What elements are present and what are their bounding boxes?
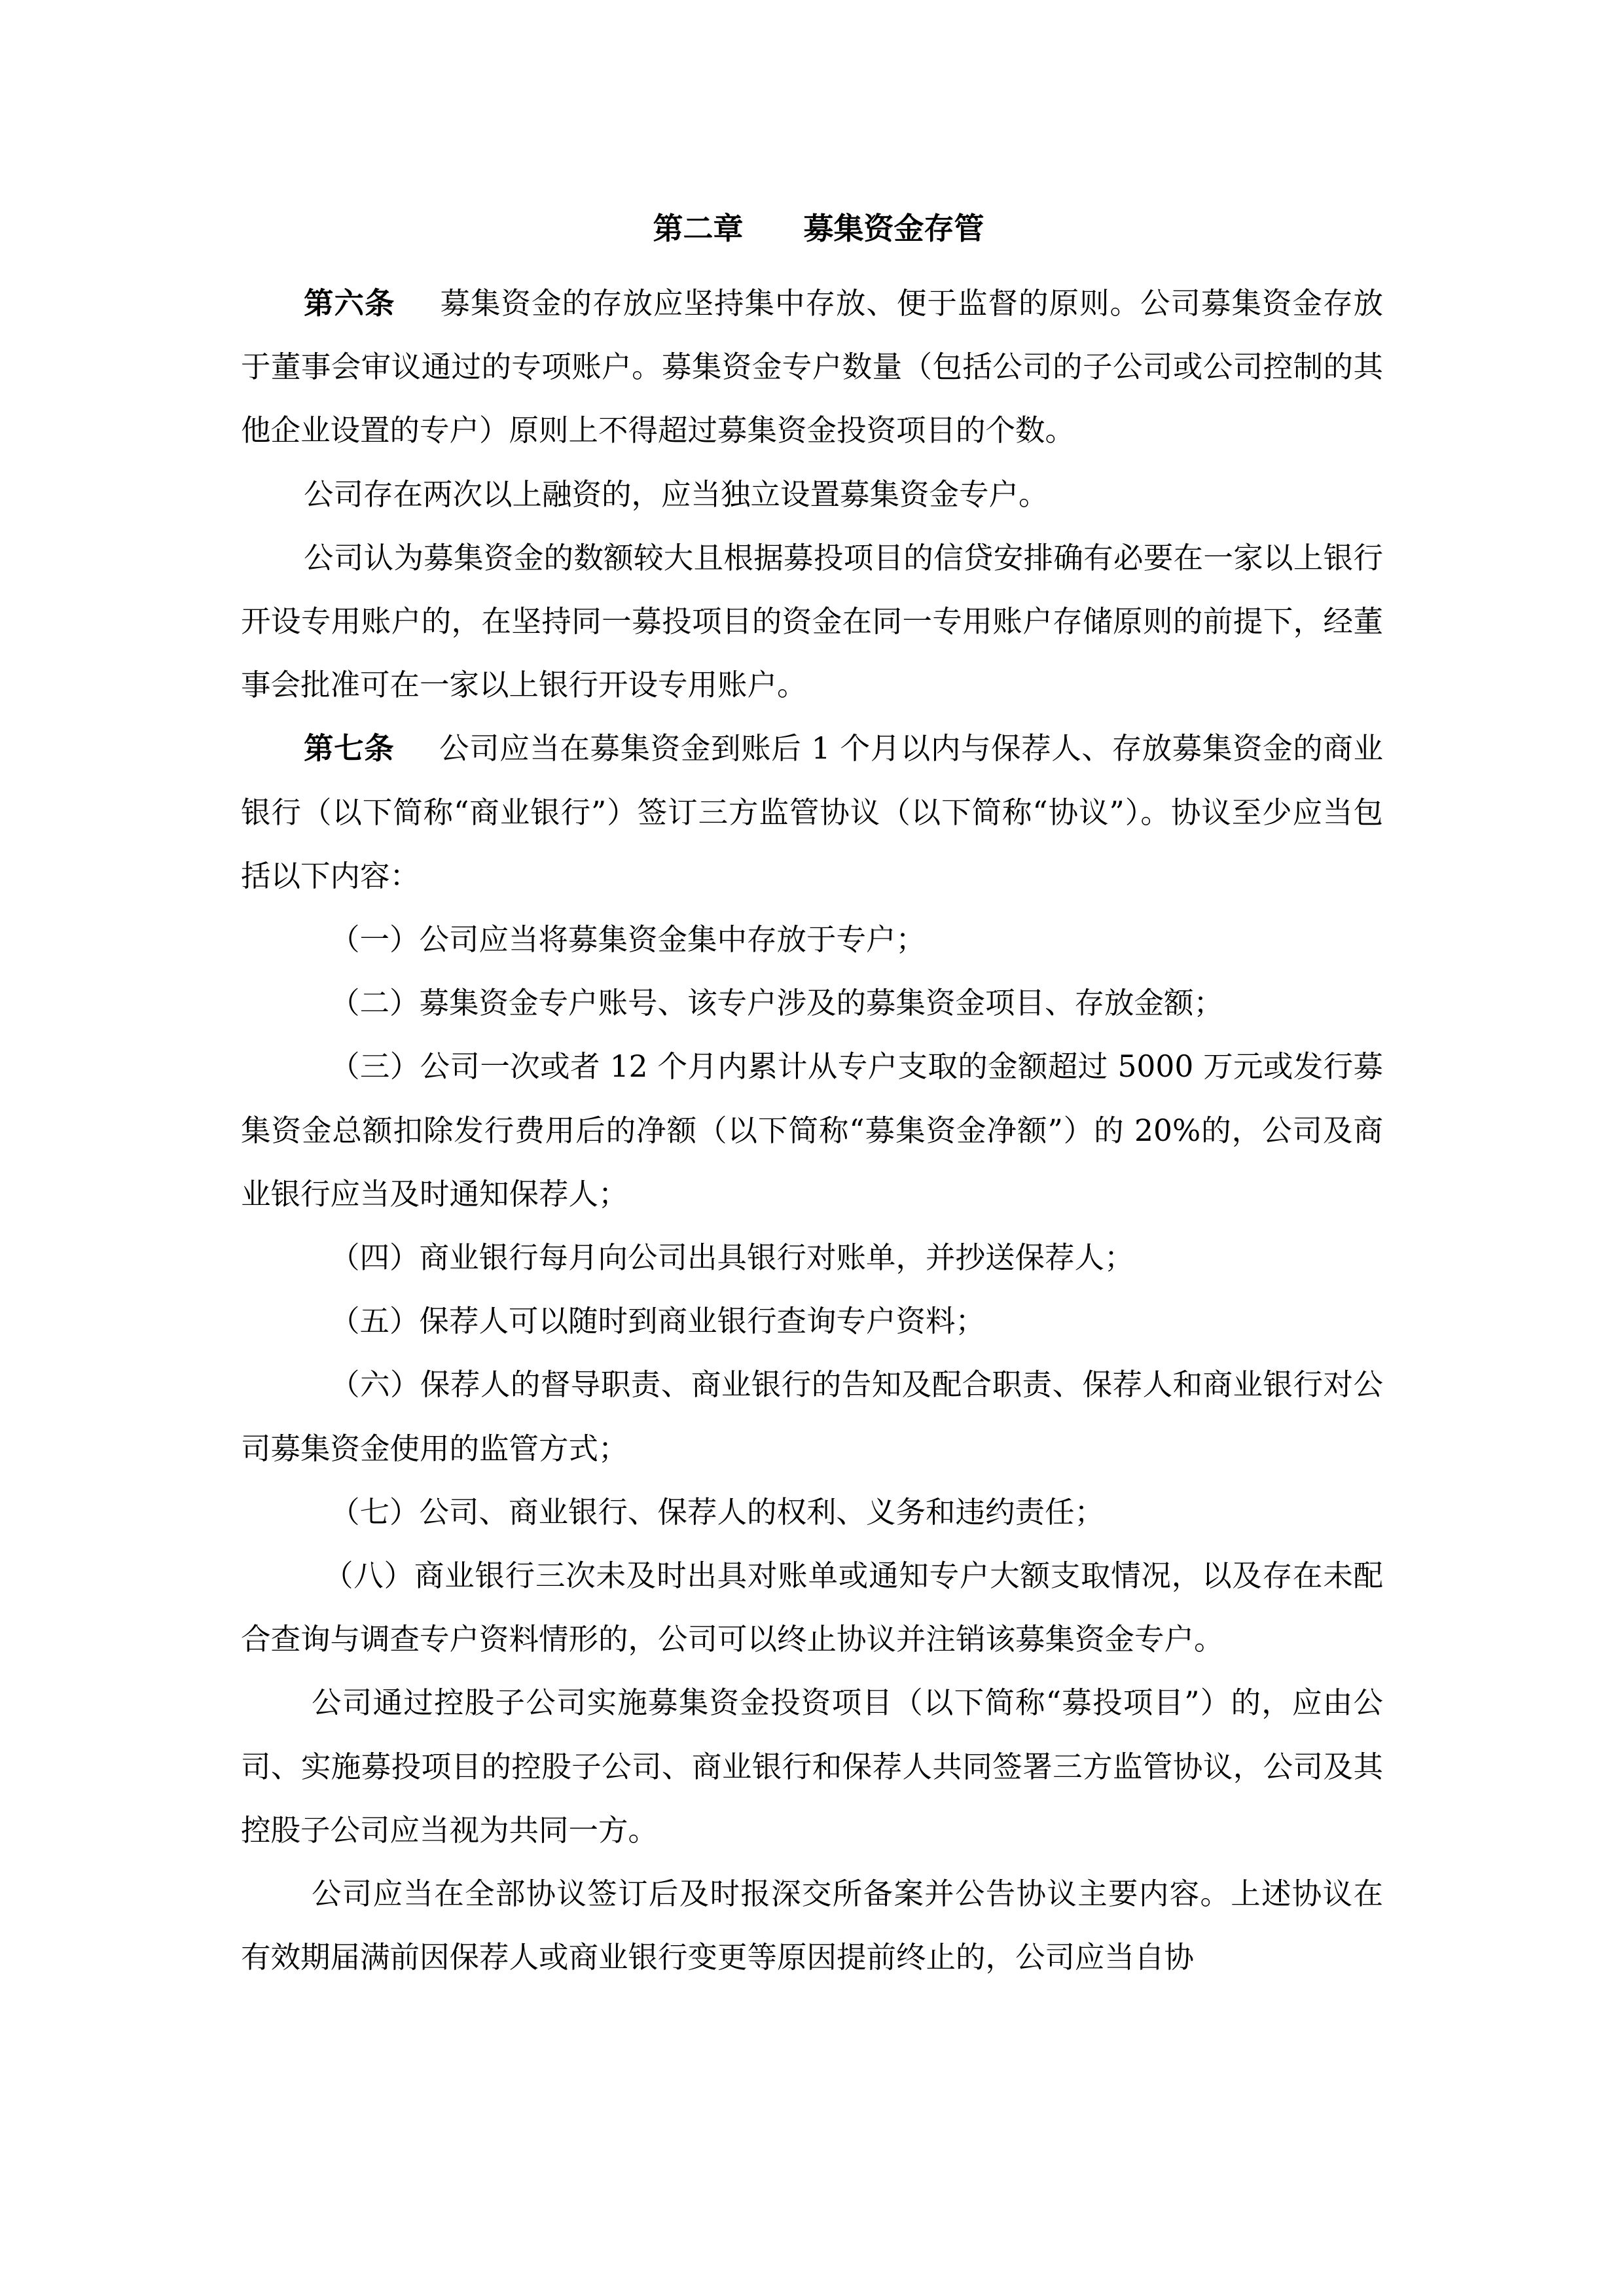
document-page: 第二章募集资金存管 第六条募集资金的存放应坚持集中存放、便于监督的原则。公司募集… xyxy=(0,0,1624,2296)
article-7-filing-paragraph: 公司应当在全部协议签订后及时报深交所备案并公告协议主要内容。上述协议在有效期届满… xyxy=(241,1862,1383,1989)
article-7-paragraph: 第七条公司应当在募集资金到账后 1 个月以内与保荐人、存放募集资金的商业银行（以… xyxy=(241,717,1383,908)
article-6-paragraph-2: 公司存在两次以上融资的，应当独立设置募集资金专户。 xyxy=(241,463,1383,526)
article-7-label: 第七条 xyxy=(304,730,394,766)
article-7-item-4: （四）商业银行每月向公司出具银行对账单，并抄送保荐人； xyxy=(241,1226,1383,1289)
article-7-item-5: （五）保荐人可以随时到商业银行查询专户资料； xyxy=(241,1289,1383,1353)
article-7-subsidiary-paragraph: 公司通过控股子公司实施募集资金投资项目（以下简称“募投项目”）的，应由公司、实施… xyxy=(241,1671,1383,1862)
chapter-title: 募集资金存管 xyxy=(804,211,984,246)
article-6-label: 第六条 xyxy=(304,285,395,321)
chapter-heading: 第二章募集资金存管 xyxy=(241,208,1383,249)
article-6-text: 募集资金的存放应坚持集中存放、便于监督的原则。公司募集资金存放于董事会审议通过的… xyxy=(241,286,1383,448)
document-body: 第二章募集资金存管 第六条募集资金的存放应坚持集中存放、便于监督的原则。公司募集… xyxy=(241,208,1383,1989)
article-7-item-1: （一）公司应当将募集资金集中存放于专户； xyxy=(241,908,1383,971)
chapter-number: 第二章 xyxy=(653,211,744,246)
article-6-paragraph: 第六条募集资金的存放应坚持集中存放、便于监督的原则。公司募集资金存放于董事会审议… xyxy=(241,272,1383,463)
article-7-item-3: （三）公司一次或者 12 个月内累计从专户支取的金额超过 5000 万元或发行募… xyxy=(241,1035,1383,1226)
article-7-item-8: （八）商业银行三次未及时出具对账单或通知专户大额支取情况，以及存在未配合查询与调… xyxy=(241,1544,1383,1671)
article-6-paragraph-3: 公司认为募集资金的数额较大且根据募投项目的信贷安排确有必要在一家以上银行开设专用… xyxy=(241,526,1383,717)
article-7-item-2: （二）募集资金专户账号、该专户涉及的募集资金项目、存放金额； xyxy=(241,971,1383,1035)
article-7-intro: 公司应当在募集资金到账后 1 个月以内与保荐人、存放募集资金的商业银行（以下简称… xyxy=(241,731,1383,893)
article-7-item-6: （六）保荐人的督导职责、商业银行的告知及配合职责、保荐人和商业银行对公司募集资金… xyxy=(241,1353,1383,1480)
article-7-item-7: （七）公司、商业银行、保荐人的权利、义务和违约责任； xyxy=(241,1480,1383,1544)
